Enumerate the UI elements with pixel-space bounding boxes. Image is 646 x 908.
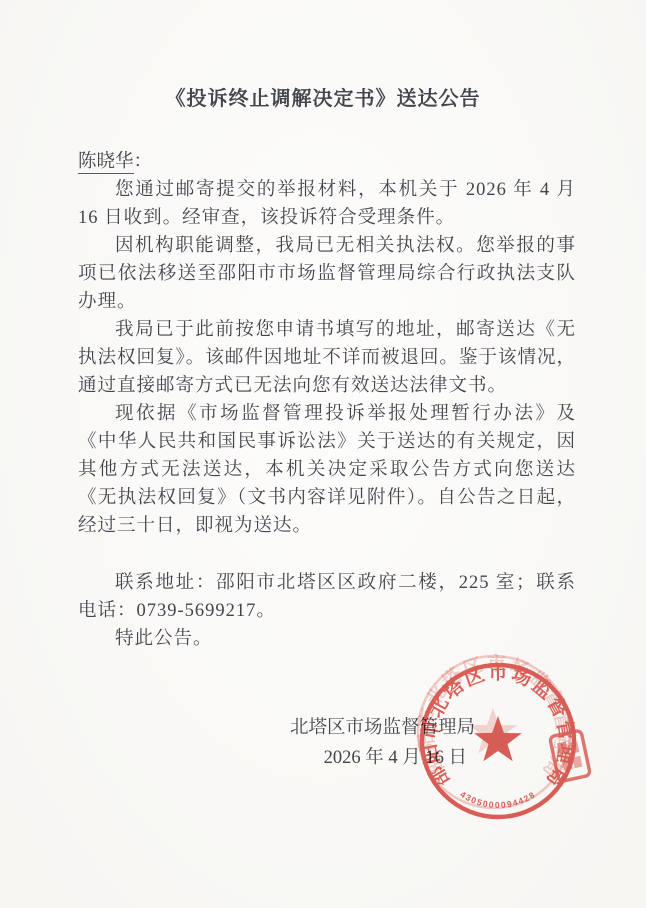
closing-line: 特此公告。: [78, 625, 576, 653]
paragraph-receipt: 您通过邮寄提交的举报材料，本机关于 2026 年 4 月 16 日收到。经审查，…: [78, 176, 576, 232]
paragraph-transfer: 因机构职能调整，我局已无相关执法权。您举报的事项已依法移送至邵阳市市场监督管理局…: [78, 232, 576, 316]
document-page: 《投诉终止调解决定书》送达公告 陈晓华： 您通过邮寄提交的举报材料，本机关于 2…: [0, 0, 646, 908]
signature-organization: 北塔区市场监督管理局: [78, 713, 576, 743]
paragraph-public-notice: 现依据《市场监督管理投诉举报处理暂行办法》及《中华人民共和国民事诉讼法》关于送达…: [78, 400, 576, 540]
signature-date: 2026 年 4 月 16 日: [78, 743, 576, 773]
recipient-line: 陈晓华：: [78, 148, 576, 176]
seal-serial-number: 4305000094428: [458, 789, 537, 810]
document-title: 《投诉终止调解决定书》送达公告: [0, 0, 646, 111]
contact-info: 联系地址：邵阳市北塔区区政府二楼，225 室；联系电话：0739-5699217…: [78, 569, 576, 625]
recipient-colon: ：: [134, 152, 153, 172]
document-body: 陈晓华： 您通过邮寄提交的举报材料，本机关于 2026 年 4 月 16 日收到…: [0, 148, 646, 773]
signature-block: 北塔区市场监督管理局 2026 年 4 月 16 日: [78, 713, 576, 773]
paragraph-mail-returned: 我局已于此前按您申请书填写的地址，邮寄送达《无执法权回复》。该邮件因地址不详而被…: [78, 316, 576, 400]
recipient-name: 陈晓华: [78, 152, 134, 174]
